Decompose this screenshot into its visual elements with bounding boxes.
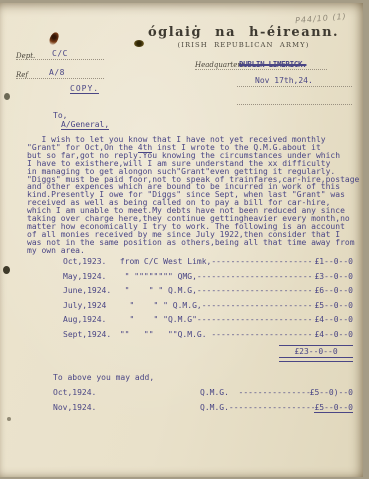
total-amount: £23--0--0	[279, 345, 353, 358]
row-ditto: " """"""""	[115, 272, 178, 281]
row-date: Oct,1924.	[53, 388, 200, 397]
table-row: July,1924 " " " Q.M.G,------------------…	[63, 301, 353, 316]
row-amount: £3--0--0	[314, 272, 353, 281]
row-amount: £6--0--0	[314, 286, 353, 295]
row-date: Sept,1924.	[63, 330, 115, 339]
row-ditto: " " "	[115, 286, 168, 295]
paper-speck	[3, 266, 10, 274]
blank-form-line	[237, 96, 352, 105]
row-source: Q.M.G.	[200, 403, 229, 413]
organization-subtitle: (IRISH REPUBLICAN ARMY)	[128, 41, 359, 49]
organization-title: óglaiġ na h-éireann.	[128, 25, 359, 40]
row-date: June,1924.	[63, 286, 115, 295]
letter-paper: P44/10 (1) Dept. C/C Ref A/8 COPY. óglai…	[0, 3, 363, 477]
paper-speck	[4, 93, 10, 100]
archive-reference-annotation: P44/10 (1)	[295, 12, 347, 25]
row-amount: £1--0--0	[314, 257, 353, 266]
row-date: Aug,1924.	[63, 315, 115, 324]
headquarters-form-line: Headquarters DUBLIN-LIMERICK.	[195, 56, 327, 70]
ref-label: Ref	[16, 71, 28, 79]
headquarters-label: Headquarters	[195, 61, 244, 69]
copy-stamp: COPY.	[70, 84, 99, 94]
dept-value: C/C	[52, 49, 68, 58]
dash-leader: ----------------------------------------…	[202, 301, 315, 310]
letter-body: I wish to let you know that I have not y…	[27, 136, 357, 255]
row-source: Q.M.G,	[173, 301, 202, 310]
row-amount: £5--0--0	[314, 301, 353, 310]
row-amount: £5--0)--0	[310, 388, 353, 397]
row-amount: £4--0--0	[314, 315, 353, 324]
table-row: June,1924. " " " Q.M.G,-----------------…	[63, 286, 353, 301]
scanned-letter-scene: P44/10 (1) Dept. C/C Ref A/8 COPY. óglai…	[0, 0, 369, 479]
table-row: Oct,1923. from C/C West Limk,-----------…	[63, 257, 353, 272]
dash-leader: ----------------------------------------…	[197, 315, 315, 324]
row-source: ""Q.M.G.	[168, 330, 211, 339]
ref-form-line: Ref A/8	[16, 62, 104, 79]
masthead: óglaiġ na h-éireann. (IRISH REPUBLICAN A…	[128, 25, 359, 49]
dash-leader: ----------------------------------------…	[211, 330, 314, 339]
dash-leader: ----------------------------------------…	[229, 403, 315, 413]
row-source: Q.M.G.	[200, 388, 239, 397]
headquarters-value-struck: DUBLIN-LIMERICK.	[239, 60, 306, 69]
letter-date: Nov 17th,24.	[255, 76, 313, 85]
monies-received-table: Oct,1923. from C/C West Limk,-----------…	[63, 257, 353, 362]
row-amount: £5--0--0	[314, 403, 353, 413]
table-row: Oct,1924.Q.M.G. ------------------------…	[53, 388, 353, 397]
row-date: July,1924	[63, 301, 115, 310]
recipient: A/General,	[61, 120, 109, 130]
table-row: Aug,1924. " " "Q.M.G"-------------------…	[63, 315, 353, 330]
row-date: May,1924.	[63, 272, 115, 281]
dash-leader: ----------------------------------------…	[239, 388, 310, 397]
dash-leader: ----------------------------------------…	[197, 286, 315, 295]
body-line: my own area.	[27, 247, 357, 255]
row-ditto: " " "	[115, 301, 173, 310]
row-ditto: " "	[115, 315, 163, 324]
row-source: "Q.M.G"	[163, 315, 197, 324]
dept-form-line: Dept. C/C	[16, 43, 104, 60]
row-source: from C/C West Limk,	[120, 257, 212, 266]
ref-value: A/8	[49, 68, 65, 77]
row-date: Oct,1923.	[63, 257, 115, 266]
paper-speck	[7, 417, 11, 421]
dept-label: Dept.	[16, 52, 35, 60]
dash-leader: ----------------------------------------…	[211, 257, 314, 266]
row-amount: £4--0--0	[314, 330, 353, 339]
table-row: Sept,1924. "" "" ""Q.M.G. --------------…	[63, 330, 353, 345]
row-source: Q.M.G,	[168, 286, 197, 295]
addendum-label: To above you may add,	[53, 373, 353, 382]
to-label: To,	[53, 111, 67, 120]
date-form-line: Nov 17th,24.	[237, 72, 352, 87]
row-ditto: "" ""	[115, 330, 168, 339]
row-source: QMG,	[178, 272, 197, 281]
dash-leader: ----------------------------------------…	[197, 272, 315, 281]
total-double-rule	[279, 360, 353, 362]
table-row: May,1924. " """""""" QMG,---------------…	[63, 272, 353, 287]
addendum-section: To above you may add, Oct,1924.Q.M.G. --…	[53, 373, 353, 413]
row-date: Nov,1924.	[53, 403, 200, 413]
table-row: Nov,1924.Q.M.G.-------------------------…	[53, 403, 353, 413]
